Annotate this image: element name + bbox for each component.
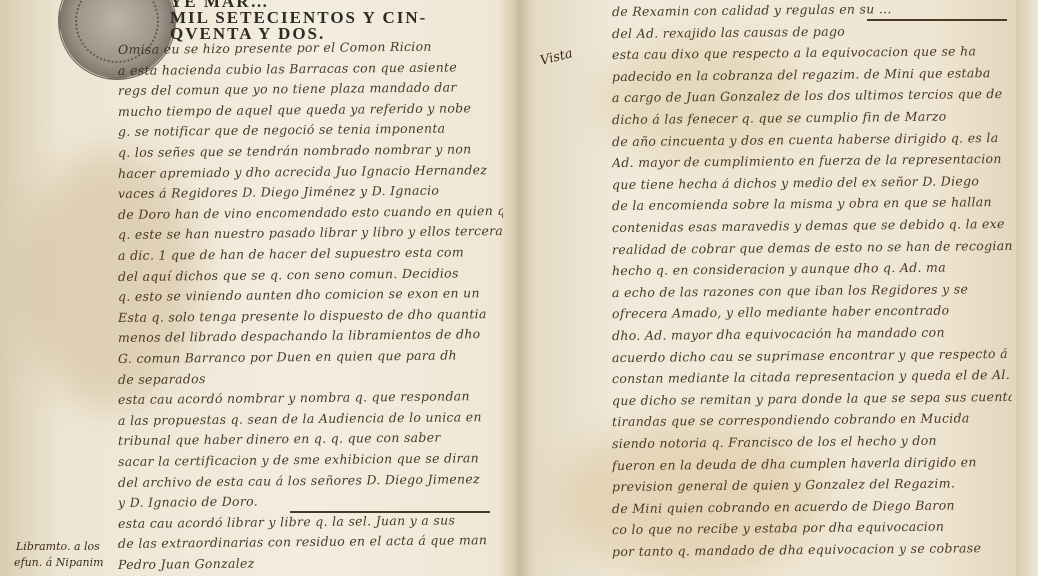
next-page-edge	[1016, 0, 1038, 576]
manuscript-line: tirandas que se correspondiendo cobrando…	[612, 410, 1012, 429]
manuscript-line: y D. Ignacio de Doro.	[118, 491, 503, 510]
manuscript-line: g. se notificar que de negoció se tenia …	[118, 120, 503, 139]
manuscript-line: esta cau acordó librar y libre q. la sel…	[118, 512, 503, 531]
manuscript-line: tribunal que haber dinero en q. q. que c…	[118, 429, 503, 448]
margin-note: efun. á Nipanim	[14, 556, 104, 569]
manuscript-line: a las propuestas q. sean de la Audiencia…	[118, 409, 503, 428]
manuscript-line: de Mini quien cobrando en acuerdo de Die…	[612, 497, 1012, 516]
manuscript-line: esta cau dixo que respecto a la equivoca…	[612, 43, 1012, 62]
manuscript-line: prevision general de quien y Gonzalez de…	[612, 475, 1012, 494]
manuscript-line: vaces á Regidores D. Diego Jiménez y D. …	[118, 182, 503, 201]
manuscript-line: de separados	[118, 368, 503, 387]
manuscript-line: que tiene hecha á dichos y medio del ex …	[612, 173, 1012, 192]
manuscript-line: menos del librado despachando la librami…	[118, 326, 503, 345]
manuscript-line: de la encomienda sobre la misma y obra e…	[612, 194, 1012, 213]
printed-header: YE MAR… MIL SETECIENTOS Y CIN- QVENTA Y …	[170, 0, 427, 42]
left-page: YE MAR… MIL SETECIENTOS Y CIN- QVENTA Y …	[0, 0, 510, 576]
manuscript-line: q. esto se viniendo aunten dho comicion …	[118, 285, 503, 304]
manuscript-line: que dicho se remitan y para donde la que…	[612, 389, 1012, 408]
manuscript-line: regs del comun que yo no tiene plaza man…	[118, 79, 503, 98]
manuscript-line: ofrecera Amado, y ello mediante haber en…	[612, 302, 1012, 321]
manuscript-line: de las extraordinarias con residuo en el…	[118, 532, 503, 551]
manuscript-line: Pedro Juan Gonzalez	[118, 553, 503, 572]
manuscript-line: del Ad. rexajido las causas de pago	[612, 21, 1012, 40]
manuscript-spread: YE MAR… MIL SETECIENTOS Y CIN- QVENTA Y …	[0, 0, 1038, 576]
manuscript-line: de Doro han de vino encomendado esto cua…	[118, 203, 503, 222]
manuscript-line: hacer apremiado y dho acrecida Juo Ignac…	[118, 162, 503, 181]
manuscript-line: fueron en la deuda de dha cumplen haverl…	[612, 453, 1012, 472]
manuscript-line: q. los señes que se tendrán nombrado nom…	[118, 141, 503, 160]
manuscript-line: sacar la certificacion y de sme exhibici…	[118, 450, 503, 469]
manuscript-line: realidad de cobrar que demas de esto no …	[612, 237, 1012, 256]
manuscript-line: del aquí dichos que se q. con seno comun…	[118, 265, 503, 284]
manuscript-line: dicho á las fenecer q. que se cumplio fi…	[612, 108, 1012, 127]
manuscript-line: siendo notoria q. Francisco de los el he…	[612, 432, 1012, 451]
manuscript-line: dho. Ad. mayor dha equivocación ha manda…	[612, 324, 1012, 343]
manuscript-line: del archivo de esta cau á los señores D.…	[118, 471, 503, 490]
manuscript-line: de Rexamin con calidad y regulas en su .…	[612, 0, 1012, 19]
manuscript-line: a cargo de Juan Gonzalez de los dos ulti…	[612, 86, 1012, 105]
manuscript-line: Esta q. solo tenga presente lo dispuesto…	[118, 306, 503, 325]
manuscript-line: por tanto q. mandado de dha equivocacion…	[612, 540, 1012, 559]
manuscript-line: padecido en la cobranza del regazim. de …	[612, 65, 1012, 84]
manuscript-line: G. comun Barranco por Duen en quien que …	[118, 347, 503, 366]
margin-note: Libramto. a los	[16, 540, 100, 553]
divider-line	[867, 19, 1007, 21]
manuscript-line: Ad. mayor de cumplimiento en fuerza de l…	[612, 151, 1012, 170]
manuscript-line: a esta hacienda cubio las Barracas con q…	[118, 59, 503, 78]
manuscript-line: Omisa eu se hizo presente por el Comon R…	[118, 38, 503, 57]
divider-line	[290, 511, 490, 513]
manuscript-line: a echo de las razones con que iban los R…	[612, 281, 1012, 300]
manuscript-line: co lo que no recibe y estaba por dha equ…	[612, 518, 1012, 537]
manuscript-line: constan mediante la citada representacio…	[612, 367, 1012, 386]
manuscript-line: acuerdo dicho cau se suprimase encontrar…	[612, 345, 1012, 364]
manuscript-line: hecho q. en consideracion y aunque dho q…	[612, 259, 1012, 278]
manuscript-line: mucho tiempo de aquel que queda ya refer…	[118, 100, 503, 119]
right-page: de Rexamin con calidad y regulas en su .…	[512, 0, 1038, 576]
manuscript-line: de año cincuenta y dos en cuenta haberse…	[612, 129, 1012, 148]
manuscript-line: a dic. 1 que de han de hacer del supuest…	[118, 244, 503, 263]
manuscript-line: q. este se han nuestro pasado librar y l…	[118, 223, 503, 242]
manuscript-line: esta cau acordó nombrar y nombra q. que …	[118, 388, 503, 407]
manuscript-line: contenidas esas maravedis y demas que se…	[612, 216, 1012, 235]
margin-note-vista: Vista	[539, 46, 575, 69]
